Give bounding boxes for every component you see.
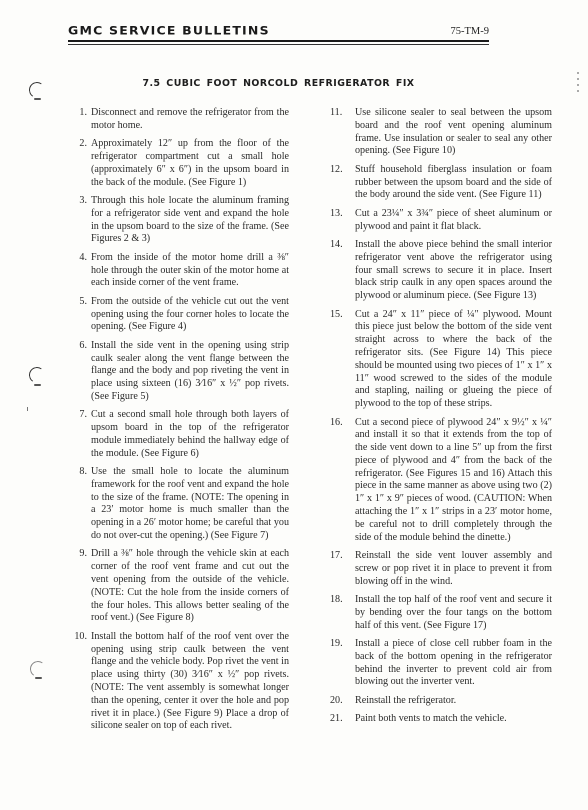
step-item: 3.Through this hole locate the aluminum … xyxy=(67,195,289,246)
step-number: 17. xyxy=(330,550,349,563)
step-text: Cut a 23¼″ x 3¾″ piece of sheet aluminum… xyxy=(355,208,552,232)
step-item: 8.Use the small hole to locate the alumi… xyxy=(67,466,289,543)
step-number: 7. xyxy=(67,409,87,422)
binder-hole-shadow xyxy=(34,384,41,386)
step-text: Approximately 12″ up from the floor of t… xyxy=(91,138,289,187)
header-rule-thin xyxy=(68,44,489,45)
step-text: Reinstall the refrigerator. xyxy=(355,695,456,706)
step-item: 20.Reinstall the refrigerator. xyxy=(330,695,552,708)
step-item: 15.Cut a 24″ x 11″ piece of ¼″ plywood. … xyxy=(330,309,552,411)
step-number: 2. xyxy=(67,138,87,151)
step-number: 12. xyxy=(330,164,349,177)
step-number: 21. xyxy=(330,713,349,726)
step-number: 1. xyxy=(67,107,87,120)
step-text: Install the side vent in the opening usi… xyxy=(91,340,289,402)
step-number: 8. xyxy=(67,466,87,479)
step-text: Disconnect and remove the refrigerator f… xyxy=(91,107,289,131)
step-text: Cut a second piece of plywood 24″ x 9½″ … xyxy=(355,417,552,543)
step-number: 16. xyxy=(330,417,349,430)
step-number: 6. xyxy=(67,340,87,353)
step-item: 17.Reinstall the side vent louver assemb… xyxy=(330,550,552,588)
step-text: Use silicone sealer to seal between the … xyxy=(355,107,552,156)
scan-edge-dots xyxy=(577,72,579,96)
steps-column-left: 1.Disconnect and remove the refrigerator… xyxy=(67,107,289,739)
step-item: 14.Install the above piece behind the sm… xyxy=(330,239,552,303)
step-number: 10. xyxy=(67,631,87,644)
page-title: 7.5 CUBIC FOOT NORCOLD REFRIGERATOR FIX xyxy=(68,78,489,89)
step-number: 3. xyxy=(67,195,87,208)
step-item: 5.From the outside of the vehicle cut ou… xyxy=(67,296,289,334)
bulletin-brand: GMC SERVICE BULLETINS xyxy=(68,23,270,37)
step-item: 13.Cut a 23¼″ x 3¾″ piece of sheet alumi… xyxy=(330,208,552,234)
steps-column-right: 11.Use silicone sealer to seal between t… xyxy=(330,107,552,732)
step-item: 6.Install the side vent in the opening u… xyxy=(67,340,289,404)
step-number: 5. xyxy=(67,296,87,309)
step-item: 2.Approximately 12″ up from the floor of… xyxy=(67,138,289,189)
step-text: Paint both vents to match the vehicle. xyxy=(355,713,507,724)
step-text: Install the above piece behind the small… xyxy=(355,239,552,301)
step-number: 19. xyxy=(330,638,349,651)
step-text: From the inside of the motor home drill … xyxy=(91,252,289,289)
page-header: GMC SERVICE BULLETINS 75-TM-9 xyxy=(68,23,489,41)
step-item: 18.Install the top half of the roof vent… xyxy=(330,594,552,632)
step-number: 14. xyxy=(330,239,349,252)
step-text: Install the top half of the roof vent an… xyxy=(355,594,552,631)
step-number: 15. xyxy=(330,309,349,322)
step-text: From the outside of the vehicle cut out … xyxy=(91,296,289,333)
binder-hole-shadow xyxy=(34,98,41,100)
header-rule-thick xyxy=(68,40,489,42)
step-text: Use the small hole to locate the aluminu… xyxy=(91,466,289,541)
step-number: 11. xyxy=(330,107,349,120)
bulletin-code: 75-TM-9 xyxy=(451,26,490,37)
step-number: 13. xyxy=(330,208,349,221)
step-text: Through this hole locate the aluminum fr… xyxy=(91,195,289,244)
step-text: Stuff household fiberglass insulation or… xyxy=(355,164,552,201)
step-item: 1.Disconnect and remove the refrigerator… xyxy=(67,107,289,133)
scan-speck xyxy=(27,407,28,411)
step-number: 9. xyxy=(67,548,87,561)
step-item: 4.From the inside of the motor home dril… xyxy=(67,252,289,290)
step-item: 9.Drill a ⅜″ hole through the vehicle sk… xyxy=(67,548,289,625)
step-item: 21.Paint both vents to match the vehicle… xyxy=(330,713,552,726)
step-item: 12.Stuff household fiberglass insulation… xyxy=(330,164,552,202)
binder-hole-shadow xyxy=(35,677,42,679)
binder-hole-icon xyxy=(28,366,47,385)
step-item: 11.Use silicone sealer to seal between t… xyxy=(330,107,552,158)
step-text: Reinstall the side vent louver assembly … xyxy=(355,550,552,587)
step-number: 18. xyxy=(330,594,349,607)
step-text: Cut a 24″ x 11″ piece of ¼″ plywood. Mou… xyxy=(355,309,552,410)
step-number: 4. xyxy=(67,252,87,265)
binder-hole-icon xyxy=(29,660,48,679)
step-text: Cut a second small hole through both lay… xyxy=(91,409,289,458)
step-item: 19.Install a piece of close cell rubber … xyxy=(330,638,552,689)
step-text: Install a piece of close cell rubber foa… xyxy=(355,638,552,687)
binder-hole-icon xyxy=(28,81,47,100)
step-text: Drill a ⅜″ hole through the vehicle skin… xyxy=(91,548,289,623)
step-text: Install the bottom half of the roof vent… xyxy=(91,631,289,732)
step-item: 10.Install the bottom half of the roof v… xyxy=(67,631,289,733)
step-number: 20. xyxy=(330,695,349,708)
step-item: 16.Cut a second piece of plywood 24″ x 9… xyxy=(330,417,552,545)
step-item: 7.Cut a second small hole through both l… xyxy=(67,409,289,460)
